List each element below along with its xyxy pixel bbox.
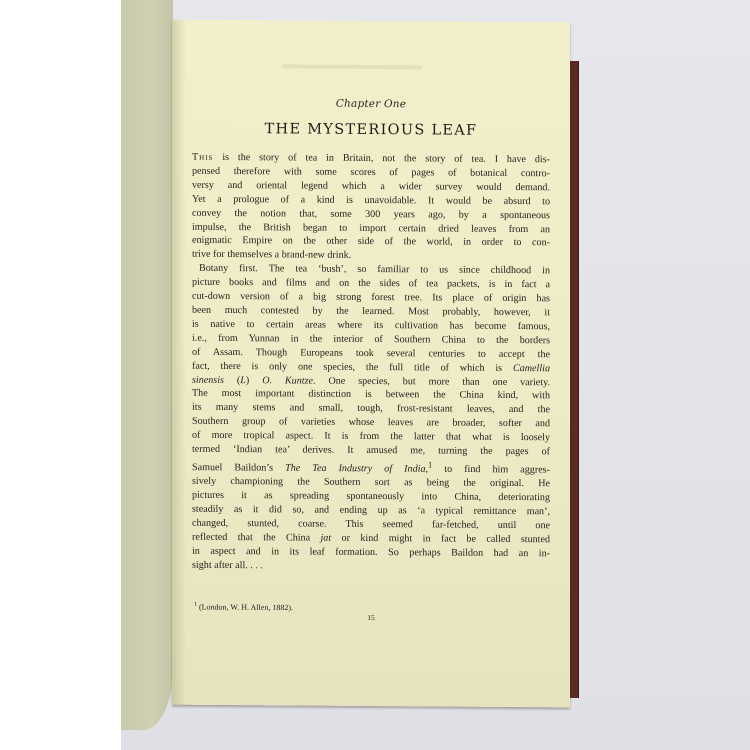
page-number: 15	[172, 612, 570, 624]
footnote: 1 (London, W. H. Allen, 1882).	[194, 602, 293, 612]
book-cover-edge	[570, 61, 579, 698]
white-margin	[0, 0, 121, 750]
chapter-title: THE MYSTERIOUS LEAF	[172, 121, 570, 140]
text-line: Samuel Baildon’s The Tea Industry of Ind…	[192, 457, 550, 478]
opening-smallcaps: This	[192, 152, 213, 163]
body-text: This is the story of tea in Britain, not…	[192, 151, 550, 575]
show-through-text	[282, 64, 422, 69]
footnote-text: (London, W. H. Allen, 1882).	[199, 602, 293, 612]
footnote-marker: 1	[194, 602, 197, 608]
book-page: Chapter One THE MYSTERIOUS LEAF This is …	[172, 20, 570, 708]
facing-page-edge	[121, 0, 173, 730]
chapter-label: Chapter One	[172, 97, 570, 112]
text-line: sight after all. . . .	[192, 558, 550, 574]
